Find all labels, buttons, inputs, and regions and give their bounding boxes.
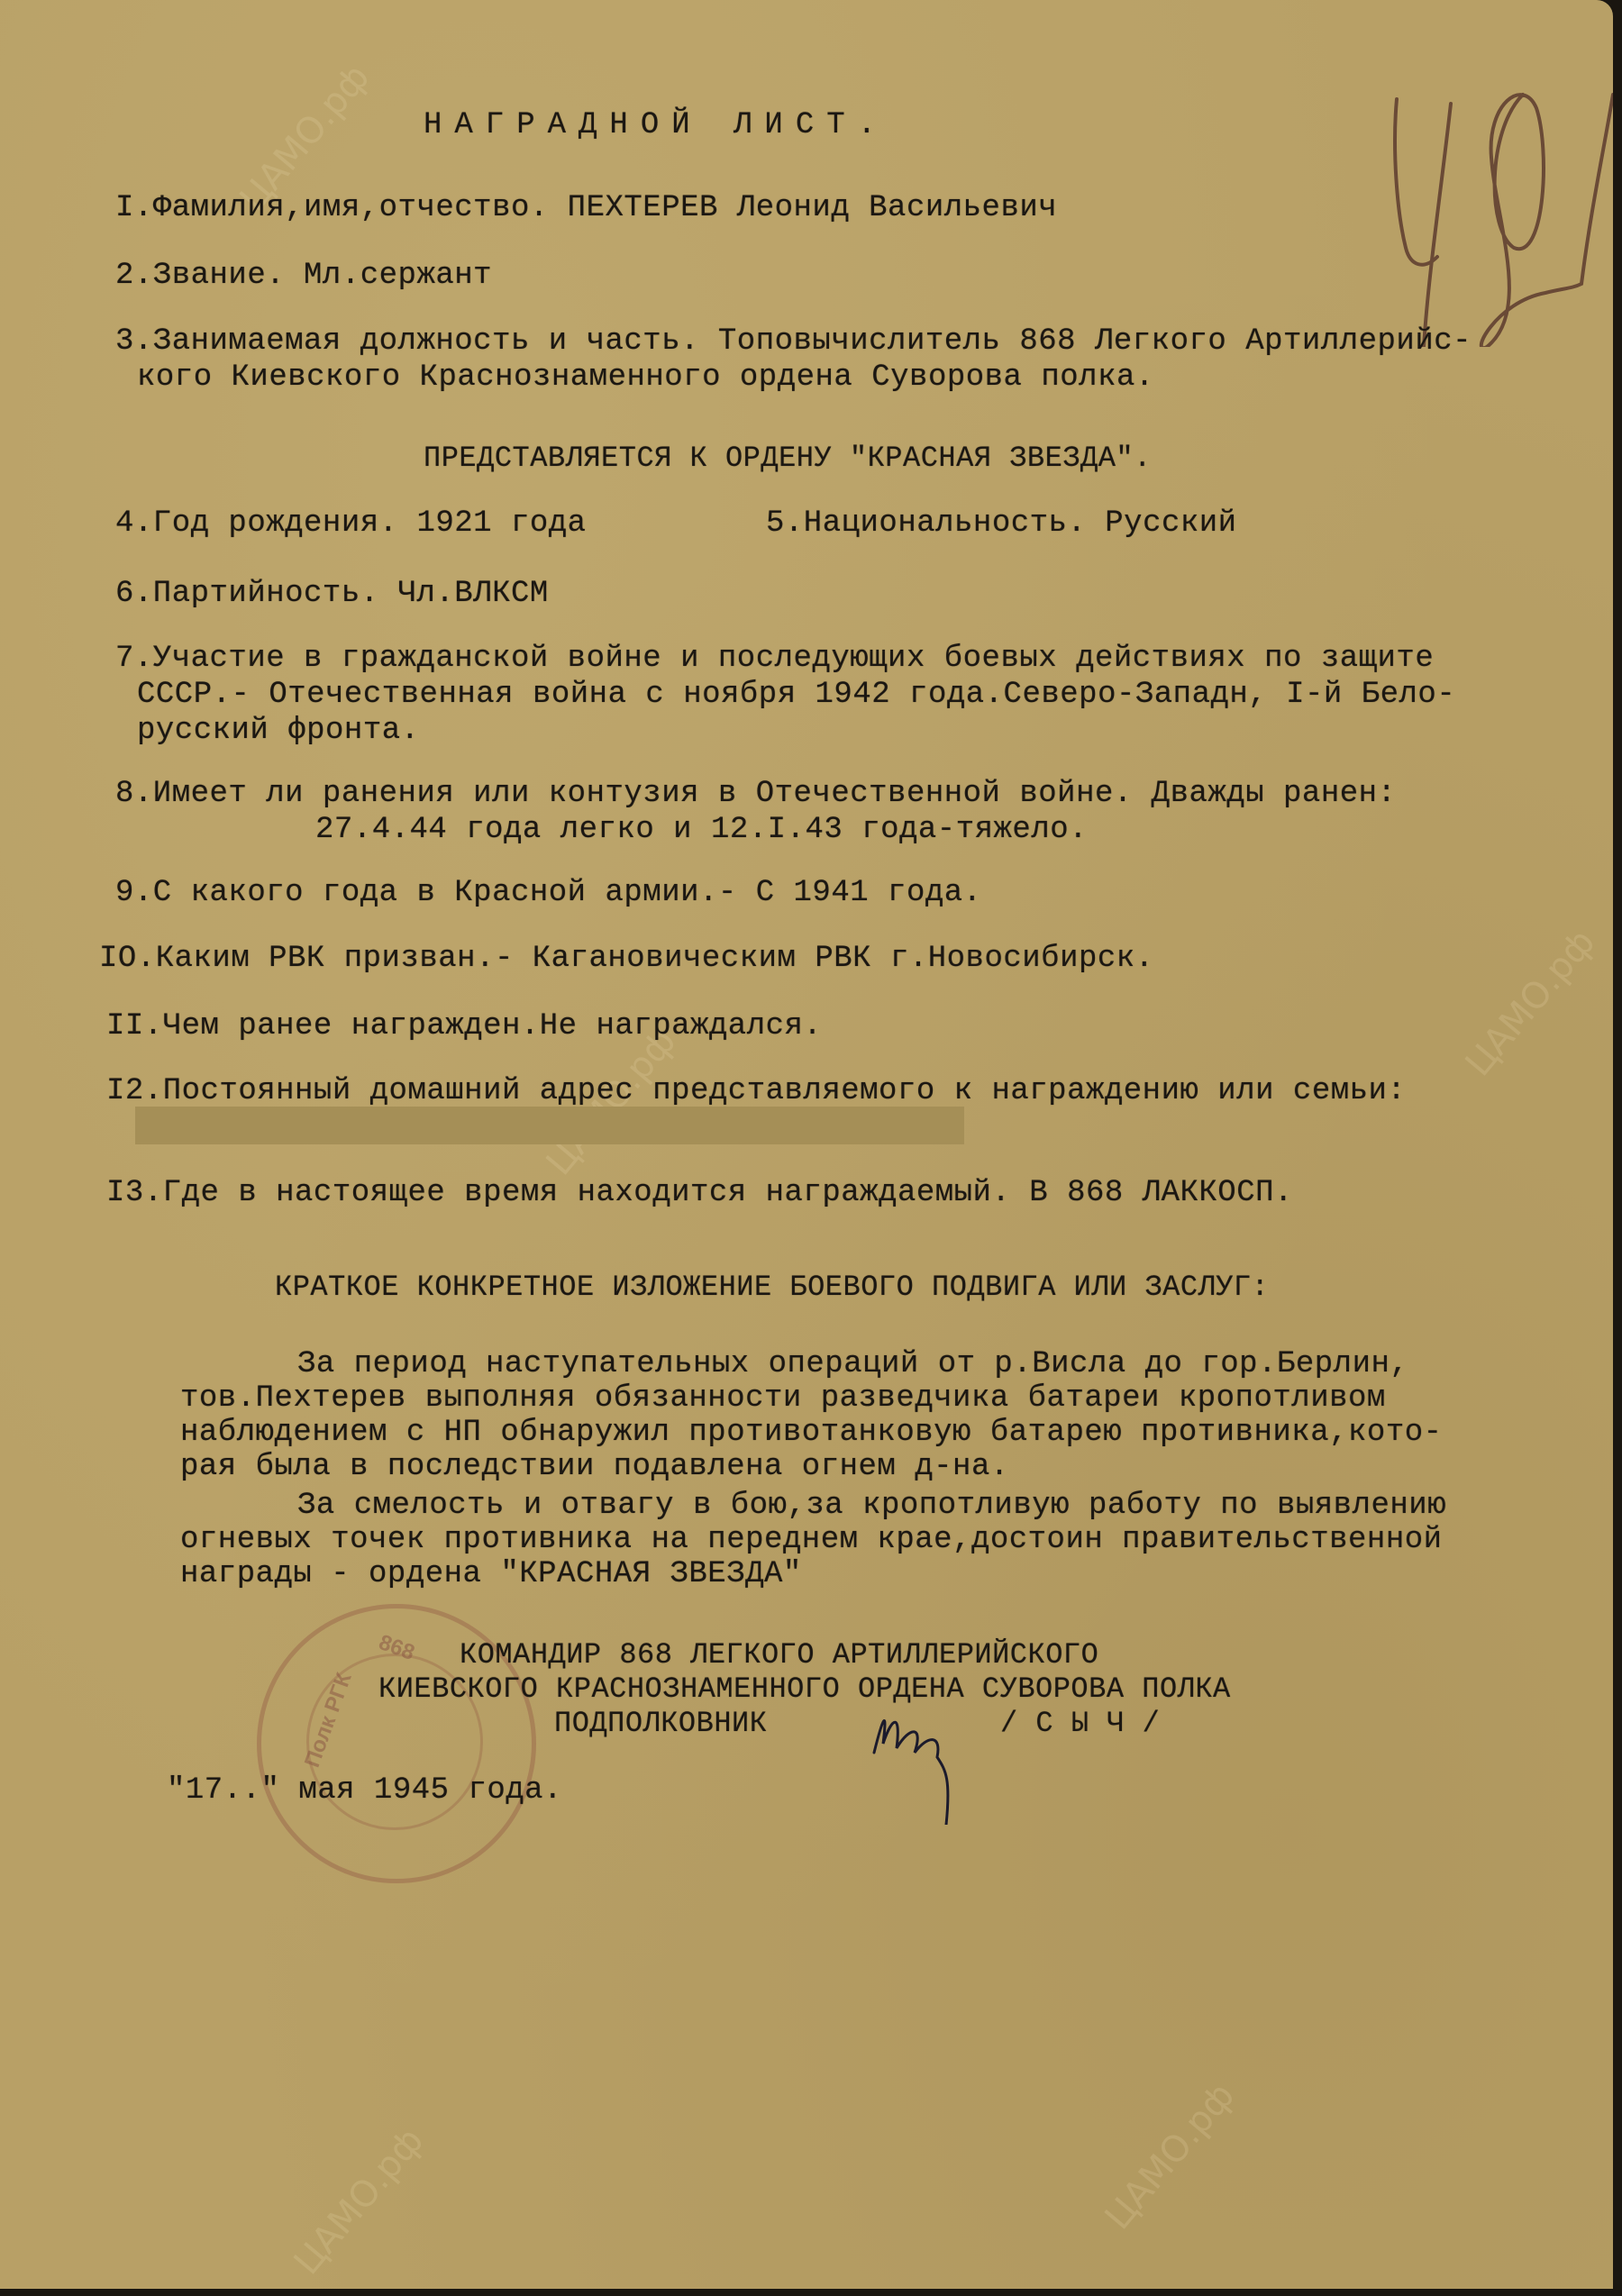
field-full-name: I.Фамилия,имя,отчество. ПЕХТЕРЕВ Леонид … — [115, 191, 1057, 225]
field-war-participation-line1: 7.Участие в гражданской войне и последую… — [115, 642, 1434, 676]
signing-date: "17.." мая 1945 года. — [167, 1773, 562, 1808]
watermark: ЦАМО.рф — [287, 2120, 433, 2282]
field-conscription-office: IO.Каким РВК призван.- Кагановическим РВ… — [99, 942, 1154, 976]
commander-name: / С Ы Ч / — [1000, 1707, 1160, 1740]
field-birth-year: 4.Год рождения. 1921 года — [115, 506, 587, 541]
field-party: 6.Партийность. Чл.ВЛКСМ — [115, 577, 549, 611]
field-current-location: I3.Где в настоящее время находится награ… — [106, 1176, 1293, 1210]
summary-heading: КРАТКОЕ КОНКРЕТНОЕ ИЗЛОЖЕНИЕ БОЕВОГО ПОД… — [275, 1271, 1269, 1304]
commander-title-line1: КОМАНДИР 868 ЛЕГКОГО АРТИЛЛЕРИЙСКОГО — [460, 1638, 1098, 1672]
field-home-address: I2.Постоянный домашний адрес представляе… — [106, 1074, 1406, 1108]
summary-paragraph2-line2: огневых точек противника на переднем кра… — [180, 1523, 1443, 1557]
field-wounds-line2: 27.4.44 года легко и 12.I.43 года-тяжело… — [315, 813, 1088, 847]
summary-paragraph1-line4: рая была в последствии подавлена огнем д… — [180, 1450, 1009, 1484]
summary-paragraph1-line2: тов.Пехтерев выполняя обязанности развед… — [180, 1381, 1386, 1416]
summary-paragraph2-line1: За смелость и отвагу в бою,за кропотливу… — [297, 1489, 1446, 1523]
field-position-line1: 3.Занимаемая должность и часть. Топовычи… — [115, 324, 1472, 359]
field-war-participation-line3: русский фронта. — [137, 714, 420, 748]
nomination-heading: ПРЕДСТАВЛЯЕТСЯ К ОРДЕНУ "КРАСНАЯ ЗВЕЗДА"… — [424, 442, 1152, 475]
field-war-participation-line2: СССР.- Отечественная война с ноября 1942… — [137, 678, 1455, 712]
field-wounds-line1: 8.Имеет ли ранения или контузия в Отечес… — [115, 777, 1396, 811]
field-previous-awards: II.Чем ранее награжден.Не награждался. — [106, 1009, 822, 1043]
field-nationality: 5.Национальность. Русский — [766, 506, 1237, 541]
commander-signature — [865, 1699, 991, 1825]
handwritten-page-number — [1388, 77, 1613, 347]
field-rank: 2.Звание. Мл.сержант — [115, 259, 492, 293]
watermark: ЦАМО.рф — [1098, 2075, 1244, 2237]
commander-title-line2: КИЕВСКОГО КРАСНОЗНАМЕННОГО ОРДЕНА СУВОРО… — [378, 1672, 1231, 1706]
summary-paragraph1-line1: За период наступательных операций от р.В… — [297, 1347, 1408, 1381]
award-sheet-page: ЦАМО.рф ЦАМО.рф ЦАМО.рф ЦАМО.рф ЦАМО.рф … — [0, 0, 1613, 2289]
commander-rank: ПОДПОЛКОВНИК — [554, 1707, 767, 1740]
summary-paragraph2-line3: награды - ордена "КРАСНАЯ ЗВЕЗДА" — [180, 1557, 802, 1591]
field-army-since: 9.С какого года в Красной армии.- С 1941… — [115, 876, 982, 910]
document-title: НАГРАДНОЙ ЛИСТ. — [424, 108, 888, 142]
redacted-address — [135, 1107, 964, 1144]
summary-paragraph1-line3: наблюдением с НП обнаружил противотанков… — [180, 1416, 1443, 1450]
watermark: ЦАМО.рф — [1458, 922, 1604, 1084]
field-position-line2: кого Киевского Краснознаменного ордена С… — [137, 360, 1154, 395]
